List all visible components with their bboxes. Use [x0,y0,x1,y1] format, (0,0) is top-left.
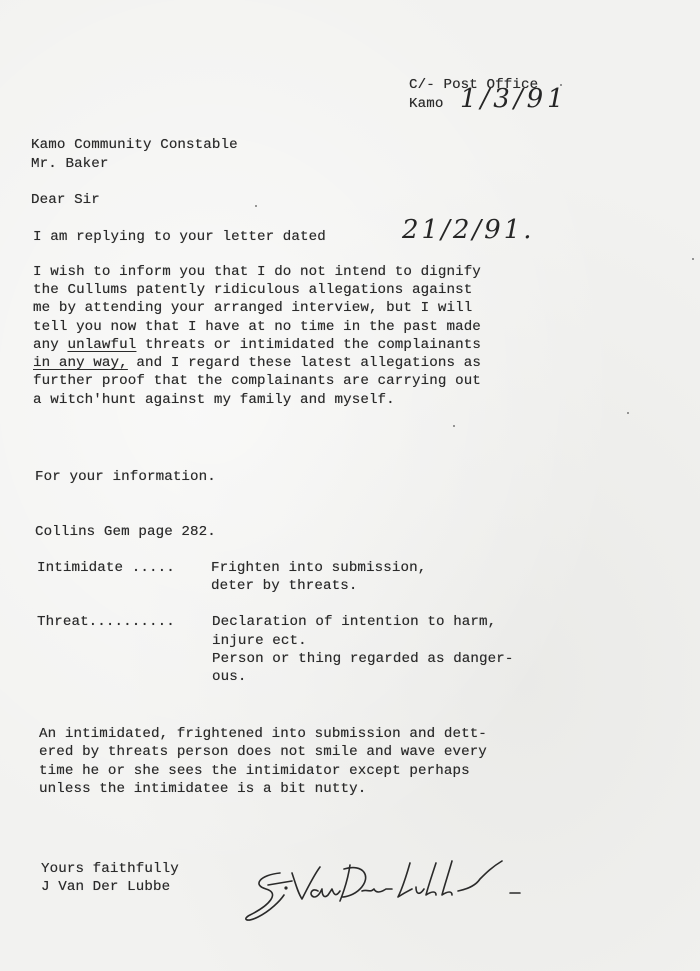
dictionary-reference: Collins Gem page 282. [35,523,216,541]
definition-term-intimidate: Intimidate ..... [37,559,175,577]
body-line-3: me by attending your arranged interview,… [33,299,472,317]
body-line-8: a witch'hunt against my family and mysel… [33,391,395,409]
handwritten-reference-date: 21/2/91. [402,215,535,245]
closing-line-1: An intimidated, frightened into submissi… [39,725,487,743]
definition-intimidate-line-2: deter by threats. [211,577,357,595]
body-line-1: I wish to inform you that I do not inten… [33,263,481,281]
paper-speck [255,205,257,207]
body-line-5: any unlawful threats or intimidated the … [33,336,481,354]
body-line-6-suffix: and I regard these latest allegations as [128,355,481,371]
body-line-5-suffix: threats or intimidated the complainants [136,337,481,353]
paper-speck [627,412,629,414]
closing-line-3: time he or she sees the intimidator exce… [39,762,470,780]
definition-threat-line-1: Declaration of intention to harm, [212,613,496,631]
reply-line: I am replying to your letter dated [33,228,326,246]
sender-name: J Van Der Lubbe [41,878,170,896]
body-line-6: in any way, and I regard these latest al… [33,354,481,372]
definition-intimidate-line-1: Frighten into submission, [211,559,426,577]
definition-threat-line-3: Person or thing regarded as danger- [212,650,514,668]
definition-threat-line-4: ous. [212,668,246,686]
info-heading: For your information. [35,468,216,486]
recipient-name: Mr. Baker [31,155,109,173]
handwritten-signature [240,855,530,925]
body-line-4: tell you now that I have at no time in t… [33,318,481,336]
complimentary-close: Yours faithfully [41,860,179,878]
signature-icon [240,855,530,925]
letter-page: C/- Post Office Kamo 1/3/91 Kamo Communi… [0,0,700,971]
body-line-7: further proof that the complainants are … [33,372,481,390]
paper-speck [453,425,455,427]
salutation: Dear Sir [31,191,100,209]
paper-speck [692,258,694,260]
closing-line-2: ered by threats person does not smile an… [39,743,487,761]
definition-term-threat: Threat.......... [37,613,175,631]
handwritten-date: 1/3/91 [460,84,568,114]
body-line-2: the Cullums patently ridiculous allegati… [33,281,472,299]
underlined-unlawful: unlawful [67,337,136,353]
underlined-in-any-way: in any way, [33,355,128,371]
closing-line-4: unless the intimidatee is a bit nutty. [39,780,366,798]
body-line-5-prefix: any [33,337,67,353]
sender-town: Kamo [409,95,443,113]
recipient-title: Kamo Community Constable [31,136,238,154]
definition-threat-line-2: injure ect. [212,632,307,650]
paper-speck [560,84,562,86]
